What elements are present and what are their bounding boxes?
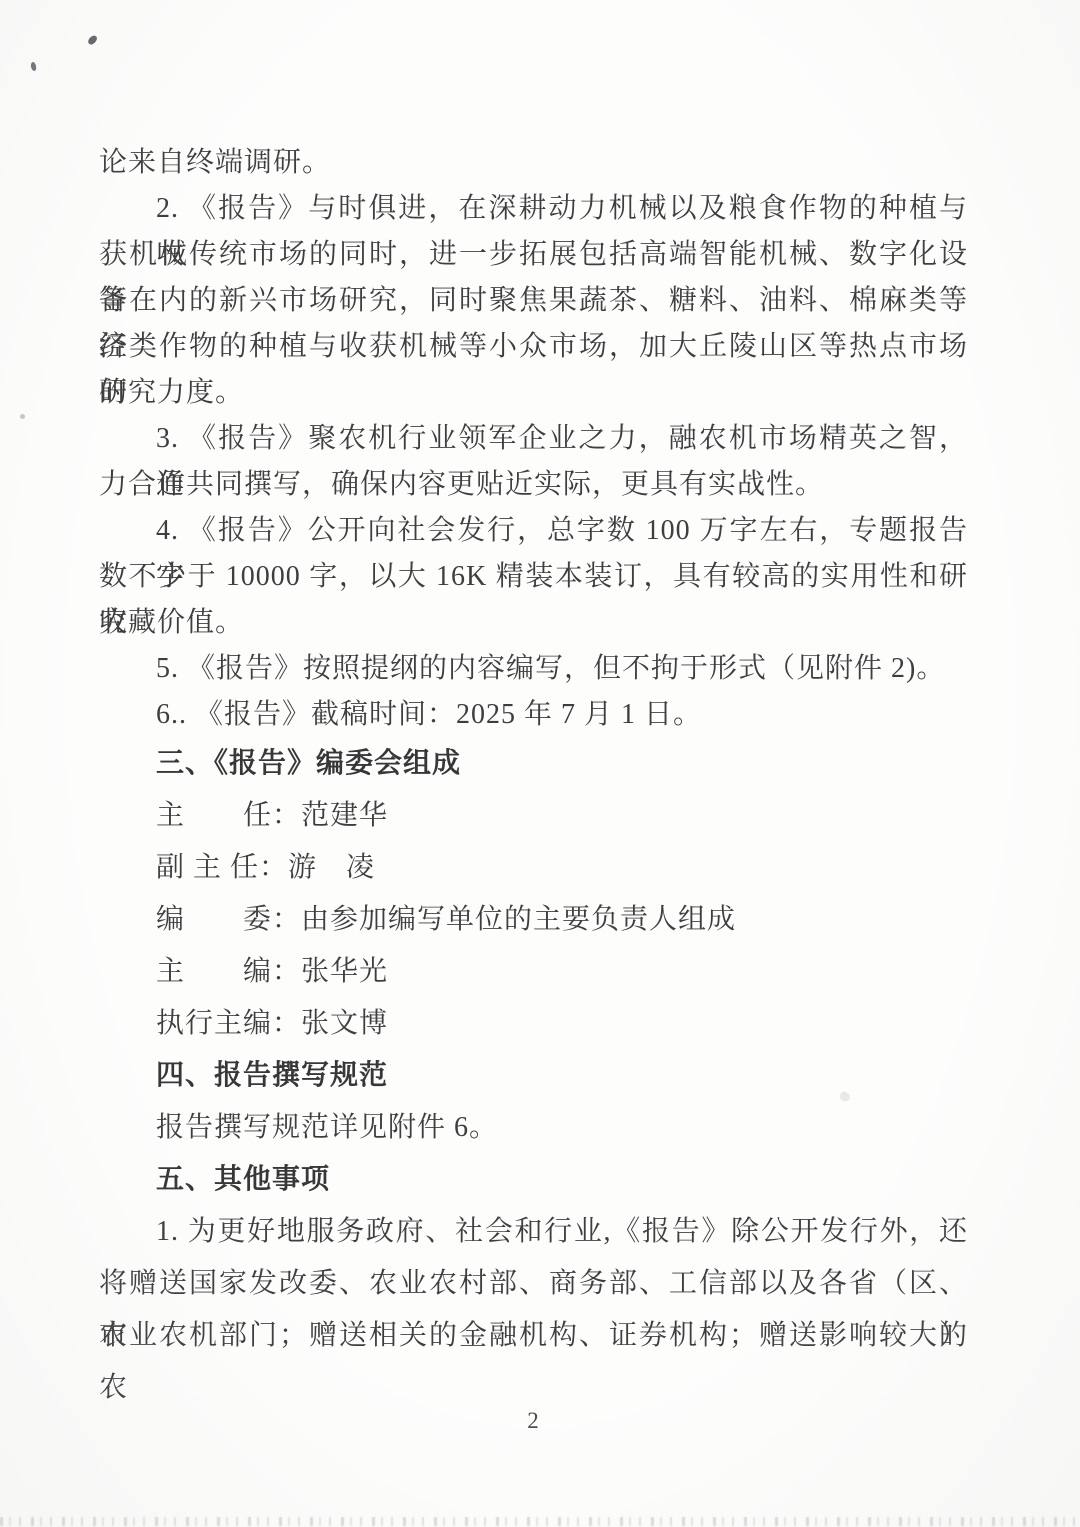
text-line: 4. 《报告》公开向社会发行，总字数 100 万字左右，专题报告字 bbox=[99, 508, 968, 554]
text-line: 5. 《报告》按照提纲的内容编写，但不拘于形式（见附件 2)。 bbox=[99, 646, 968, 692]
page-number: 2 bbox=[0, 1408, 1066, 1434]
section-heading: 三、《报告》编委会组成 bbox=[99, 738, 968, 790]
scan-edge-artifact bbox=[0, 1517, 1080, 1526]
text-line: 3. 《报告》聚农机行业领军企业之力，融农机市场精英之智，通 bbox=[99, 416, 968, 462]
text-line: 力合作共同撰写，确保内容更贴近实际，更具有实战性。 bbox=[99, 462, 968, 508]
text-line: 执行主编：张文博 bbox=[99, 998, 968, 1050]
scanned-document-page: 论来自终端调研。2. 《报告》与时俱进，在深耕动力机械以及粮食作物的种植与收获机… bbox=[0, 0, 1080, 1527]
text-line: 2. 《报告》与时俱进，在深耕动力机械以及粮食作物的种植与收 bbox=[99, 186, 968, 232]
ink-speck bbox=[20, 414, 25, 419]
text-line: 6.. 《报告》截稿时间：2025 年 7 月 1 日。 bbox=[99, 692, 968, 738]
text-line: 农业农机部门；赠送相关的金融机构、证券机构；赠送影响较大的农 bbox=[99, 1310, 968, 1362]
text-line: 将赠送国家发改委、农业农村部、商务部、工信部以及各省（区、市） bbox=[99, 1258, 968, 1310]
text-line: 研究力度。 bbox=[99, 370, 968, 416]
text-line: 等在内的新兴市场研究，同时聚焦果蔬茶、糖料、油料、棉麻类等经 bbox=[99, 278, 968, 324]
text-line: 数不少于 10000 字，以大 16K 精装本装订，具有较高的实用性和研究 bbox=[99, 554, 968, 600]
section-heading: 五、其他事项 bbox=[99, 1154, 968, 1206]
ink-speck bbox=[87, 34, 98, 46]
text-line: 1. 为更好地服务政府、社会和行业,《报告》除公开发行外，还 bbox=[99, 1206, 968, 1258]
text-line: 主 编：张华光 bbox=[99, 946, 968, 998]
text-line: 济类作物的种植与收获机械等小众市场，加大丘陵山区等热点市场的 bbox=[99, 324, 968, 370]
text-line: 收藏价值。 bbox=[99, 600, 968, 646]
text-line: 编 委：由参加编写单位的主要负责人组成 bbox=[99, 894, 968, 946]
text-line: 论来自终端调研。 bbox=[99, 140, 968, 186]
text-line: 副 主 任：游 凌 bbox=[99, 842, 968, 894]
text-line: 获机械传统市场的同时，进一步拓展包括高端智能机械、数字化设备 bbox=[99, 232, 968, 278]
document-body: 论来自终端调研。2. 《报告》与时俱进，在深耕动力机械以及粮食作物的种植与收获机… bbox=[99, 140, 968, 1362]
section-heading: 四、报告撰写规范 bbox=[99, 1050, 968, 1102]
ink-speck bbox=[30, 62, 36, 72]
text-line: 主 任：范建华 bbox=[99, 790, 968, 842]
text-line: 报告撰写规范详见附件 6。 bbox=[99, 1102, 968, 1154]
